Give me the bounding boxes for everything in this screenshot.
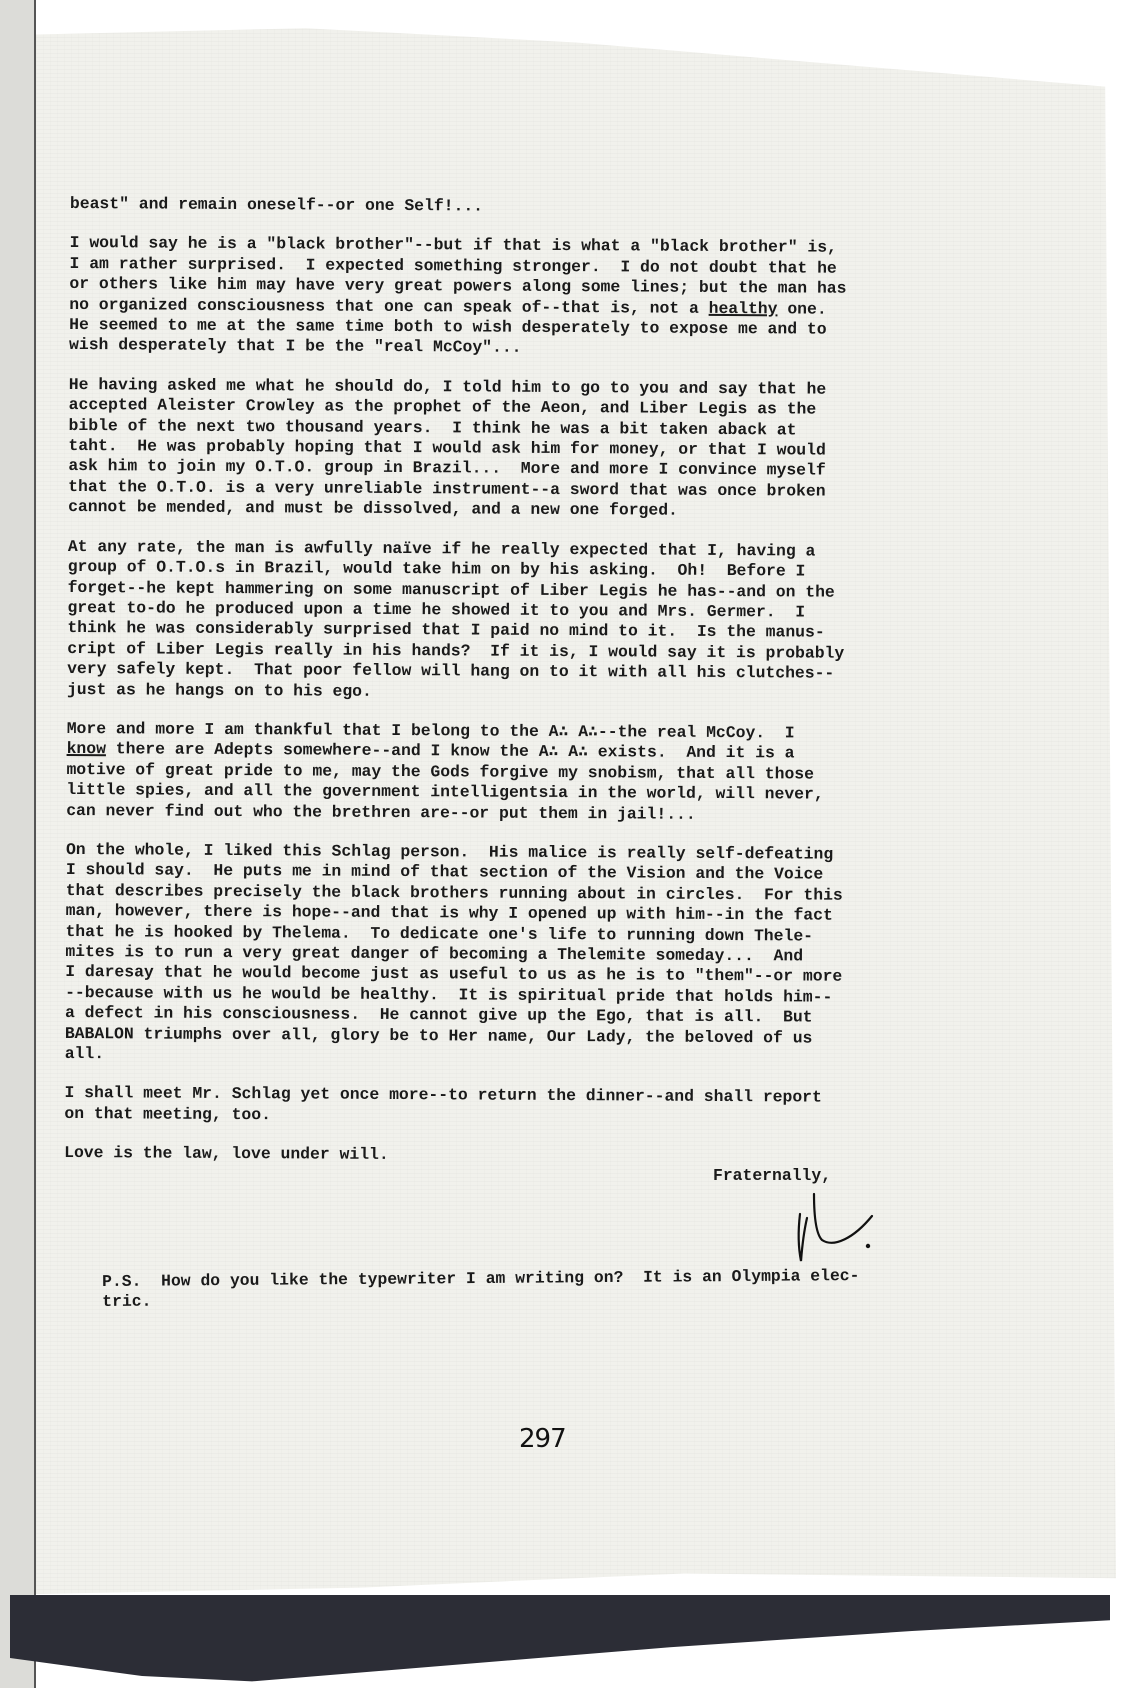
signature-icon bbox=[788, 1186, 918, 1266]
page-number: 297 bbox=[519, 1424, 566, 1454]
paragraph: More and more I am thankful that I belon… bbox=[66, 719, 1067, 827]
closing-salutation: Fraternally, bbox=[713, 1166, 831, 1185]
paragraph: I would say he is a "black brother"--but… bbox=[69, 233, 1070, 362]
document-page: beast" and remain oneself--or one Self!.… bbox=[36, 14, 1116, 1594]
underlined-word: know bbox=[67, 739, 106, 758]
previous-page-edge bbox=[0, 0, 36, 1688]
paragraph: On the whole, I liked this Schlag person… bbox=[65, 840, 1066, 1071]
letter-body: beast" and remain oneself--or one Self!.… bbox=[64, 194, 1070, 1189]
paragraph: Love is the law, love under will. bbox=[64, 1143, 1064, 1170]
paragraph: At any rate, the man is awfully naïve if… bbox=[67, 537, 1068, 706]
postscript: P.S. How do you like the typewriter I am… bbox=[102, 1264, 1062, 1312]
text-line: beast" and remain oneself--or one Self!.… bbox=[70, 194, 1070, 221]
text-line: Love is the law, love under will. bbox=[64, 1143, 1064, 1170]
paragraph: beast" and remain oneself--or one Self!.… bbox=[70, 194, 1070, 221]
underlined-word: healthy bbox=[709, 299, 778, 318]
book-edge-shadow bbox=[10, 1595, 1110, 1685]
paragraph: I shall meet Mr. Schlag yet once more--t… bbox=[64, 1083, 1064, 1130]
paragraph: He having asked me what he should do, I … bbox=[68, 375, 1069, 524]
